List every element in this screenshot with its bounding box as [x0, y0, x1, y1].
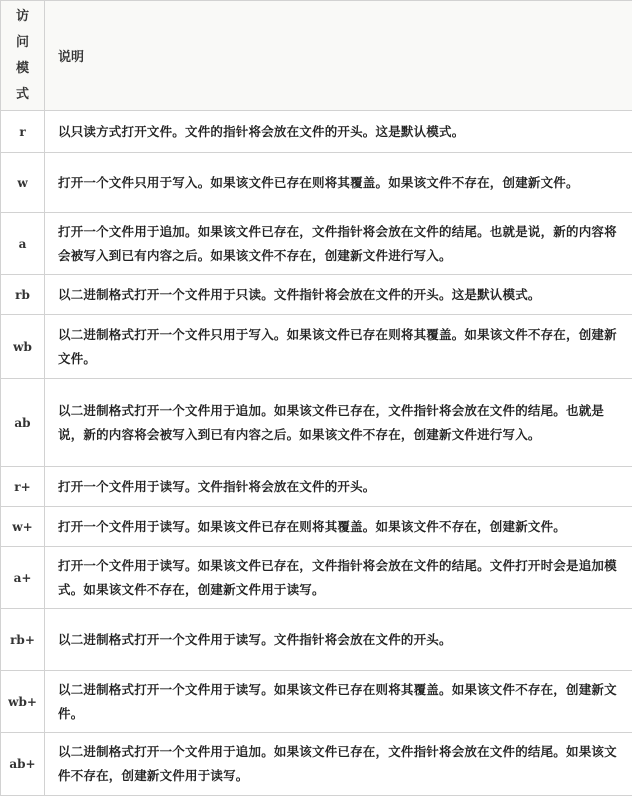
description-cell: 打开一个文件用于追加。如果该文件已存在，文件指针将会放在文件的结尾。也就是说，新… [45, 213, 632, 275]
description-cell: 打开一个文件只用于写入。如果该文件已存在则将其覆盖。如果该文件不存在，创建新文件… [45, 153, 632, 213]
table-row: w 打开一个文件只用于写入。如果该文件已存在则将其覆盖。如果该文件不存在，创建新… [1, 153, 632, 213]
table-row: ab 以二进制格式打开一个文件用于追加。如果该文件已存在，文件指针将会放在文件的… [1, 379, 632, 467]
table-row: a+ 打开一个文件用于读写。如果该文件已存在，文件指针将会放在文件的结尾。文件打… [1, 547, 632, 609]
table-row: rb+ 以二进制格式打开一个文件用于读写。文件指针将会放在文件的开头。 [1, 609, 632, 671]
mode-cell: rb+ [1, 609, 45, 671]
mode-cell: wb [1, 315, 45, 379]
mode-cell: rb [1, 275, 45, 315]
mode-cell: wb+ [1, 671, 45, 733]
description-cell: 打开一个文件用于读写。如果该文件已存在，文件指针将会放在文件的结尾。文件打开时会… [45, 547, 632, 609]
table-row: wb 以二进制格式打开一个文件只用于写入。如果该文件已存在则将其覆盖。如果该文件… [1, 315, 632, 379]
mode-cell: w [1, 153, 45, 213]
table-row: r+ 打开一个文件用于读写。文件指针将会放在文件的开头。 [1, 467, 632, 507]
table-row: wb+ 以二进制格式打开一个文件用于读写。如果该文件已存在则将其覆盖。如果该文件… [1, 671, 632, 733]
mode-cell: a+ [1, 547, 45, 609]
mode-cell: a [1, 213, 45, 275]
table-row: r 以只读方式打开文件。文件的指针将会放在文件的开头。这是默认模式。 [1, 111, 632, 153]
mode-cell: ab [1, 379, 45, 467]
header-access-mode: 访问模式 [1, 1, 45, 111]
mode-cell: r+ [1, 467, 45, 507]
table-row: w+ 打开一个文件用于读写。如果该文件已存在则将其覆盖。如果该文件不存在，创建新… [1, 507, 632, 547]
description-cell: 以二进制格式打开一个文件用于只读。文件指针将会放在文件的开头。这是默认模式。 [45, 275, 632, 315]
description-cell: 以只读方式打开文件。文件的指针将会放在文件的开头。这是默认模式。 [45, 111, 632, 153]
description-cell: 以二进制格式打开一个文件只用于写入。如果该文件已存在则将其覆盖。如果该文件不存在… [45, 315, 632, 379]
file-access-mode-table: 访问模式 说明 r 以只读方式打开文件。文件的指针将会放在文件的开头。这是默认模… [0, 0, 632, 796]
description-cell: 以二进制格式打开一个文件用于追加。如果该文件已存在，文件指针将会放在文件的结尾。… [45, 379, 632, 467]
table-row: a 打开一个文件用于追加。如果该文件已存在，文件指针将会放在文件的结尾。也就是说… [1, 213, 632, 275]
mode-cell: w+ [1, 507, 45, 547]
description-cell: 以二进制格式打开一个文件用于读写。文件指针将会放在文件的开头。 [45, 609, 632, 671]
mode-cell: ab+ [1, 733, 45, 796]
table-body: r 以只读方式打开文件。文件的指针将会放在文件的开头。这是默认模式。 w 打开一… [1, 111, 632, 796]
header-description: 说明 [45, 1, 632, 111]
description-cell: 打开一个文件用于读写。文件指针将会放在文件的开头。 [45, 467, 632, 507]
mode-cell: r [1, 111, 45, 153]
description-cell: 以二进制格式打开一个文件用于读写。如果该文件已存在则将其覆盖。如果该文件不存在，… [45, 671, 632, 733]
table-row: rb 以二进制格式打开一个文件用于只读。文件指针将会放在文件的开头。这是默认模式… [1, 275, 632, 315]
table-header-row: 访问模式 说明 [1, 1, 632, 111]
description-cell: 打开一个文件用于读写。如果该文件已存在则将其覆盖。如果该文件不存在，创建新文件。 [45, 507, 632, 547]
table-row: ab+ 以二进制格式打开一个文件用于追加。如果该文件已存在，文件指针将会放在文件… [1, 733, 632, 796]
description-cell: 以二进制格式打开一个文件用于追加。如果该文件已存在，文件指针将会放在文件的结尾。… [45, 733, 632, 796]
